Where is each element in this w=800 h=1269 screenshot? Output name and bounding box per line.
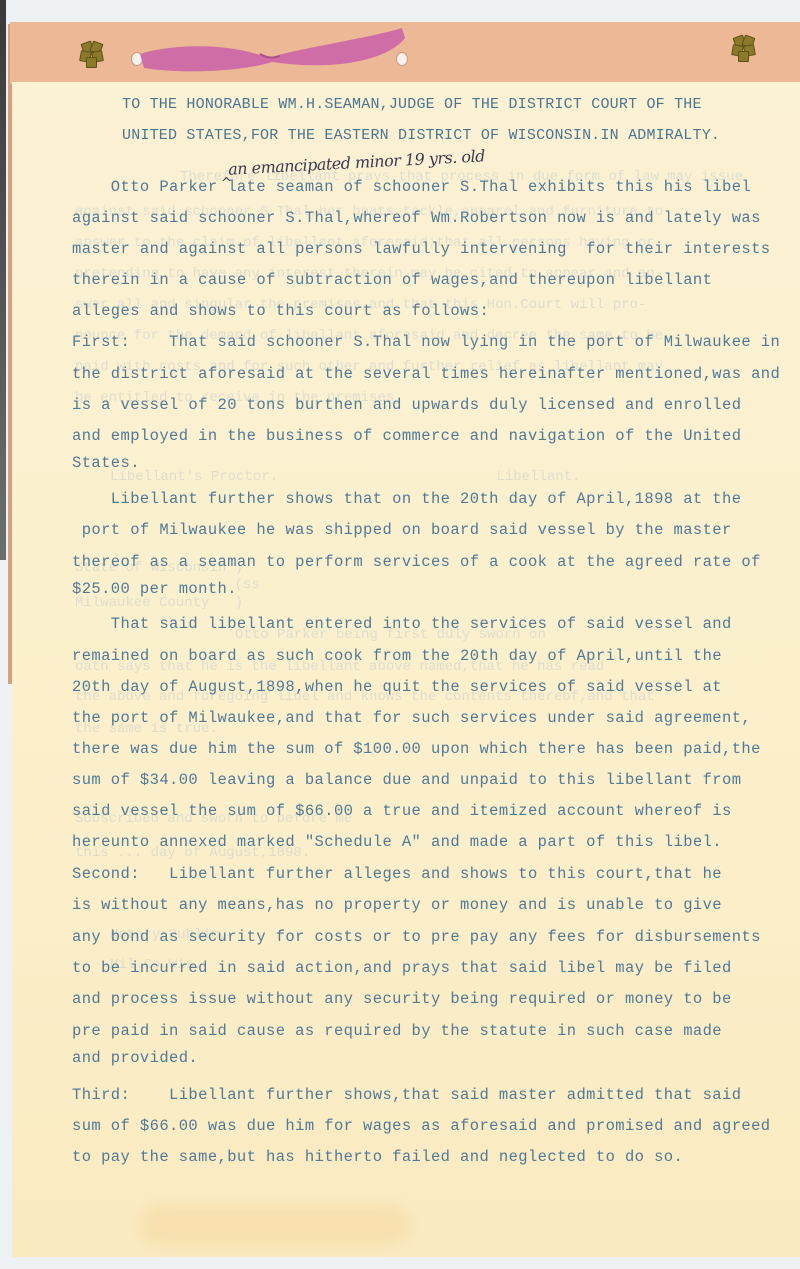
body-line: States. (72, 456, 140, 472)
body-line: sum of $34.00 leaving a balance due and … (72, 773, 741, 789)
paper-stain (140, 1205, 410, 1245)
body-line: and provided. (72, 1051, 198, 1067)
body-line: is a vessel of 20 tons burthen and upwar… (72, 398, 741, 414)
body-line: hereunto annexed marked "Schedule A" and… (72, 835, 722, 851)
body-line: and process issue without any security b… (72, 992, 732, 1008)
body-line: and employed in the business of commerce… (72, 429, 741, 445)
section-third: Third: Libellant further shows,that said… (72, 1088, 741, 1104)
section-first: First: That said schooner S.Thal now lyi… (72, 335, 780, 351)
body-line: there was due him the sum of $100.00 upo… (72, 742, 761, 758)
body-line: port of Milwaukee he was shipped on boar… (72, 523, 732, 539)
body-line: said vessel the sum of $66.00 a true and… (72, 804, 732, 820)
body-line: to pay the same,but has hitherto failed … (72, 1150, 683, 1166)
body-line: That said libellant entered into the ser… (72, 617, 732, 633)
body-line: is without any means,has no property or … (72, 898, 722, 914)
pink-ribbon-tie-icon (140, 28, 405, 80)
body-line: Libellant further shows that on the 20th… (72, 492, 741, 508)
body-line: any bond as security for costs or to pre… (72, 930, 761, 946)
body-line: alleges and shows to this court as follo… (72, 304, 489, 320)
body-line: therein in a cause of subtraction of wag… (72, 273, 712, 289)
body-line: to be incurred in said action,and prays … (72, 961, 732, 977)
caption-line-1: TO THE HONORABLE WM.H.SEAMAN,JUDGE OF TH… (122, 97, 702, 112)
brass-fastener-icon (732, 36, 754, 60)
body-line: the port of Milwaukee,and that for such … (72, 711, 751, 727)
body-line: 20th day of August,1898,when he quit the… (72, 680, 722, 696)
body-line: Otto Parker late seaman of schooner S.Th… (72, 180, 751, 196)
body-line: against said schooner S.Thal,whereof Wm.… (72, 211, 761, 227)
brass-fastener-icon (80, 42, 102, 66)
body-line: master and against all persons lawfully … (72, 242, 771, 258)
body-line: thereof as a seaman to perform services … (72, 555, 761, 571)
scan-edge (0, 0, 6, 560)
caption-line-2: UNITED STATES,FOR THE EASTERN DISTRICT O… (122, 128, 720, 143)
body-line: $25.00 per month. (72, 582, 237, 598)
body-line: the district aforesaid at the several ti… (72, 367, 780, 383)
body-line: pre paid in said cause as required by th… (72, 1024, 722, 1040)
section-second: Second: Libellant further alleges and sh… (72, 867, 722, 883)
body-line: sum of $66.00 was due him for wages as a… (72, 1119, 771, 1135)
body-line: remained on board as such cook from the … (72, 649, 722, 665)
